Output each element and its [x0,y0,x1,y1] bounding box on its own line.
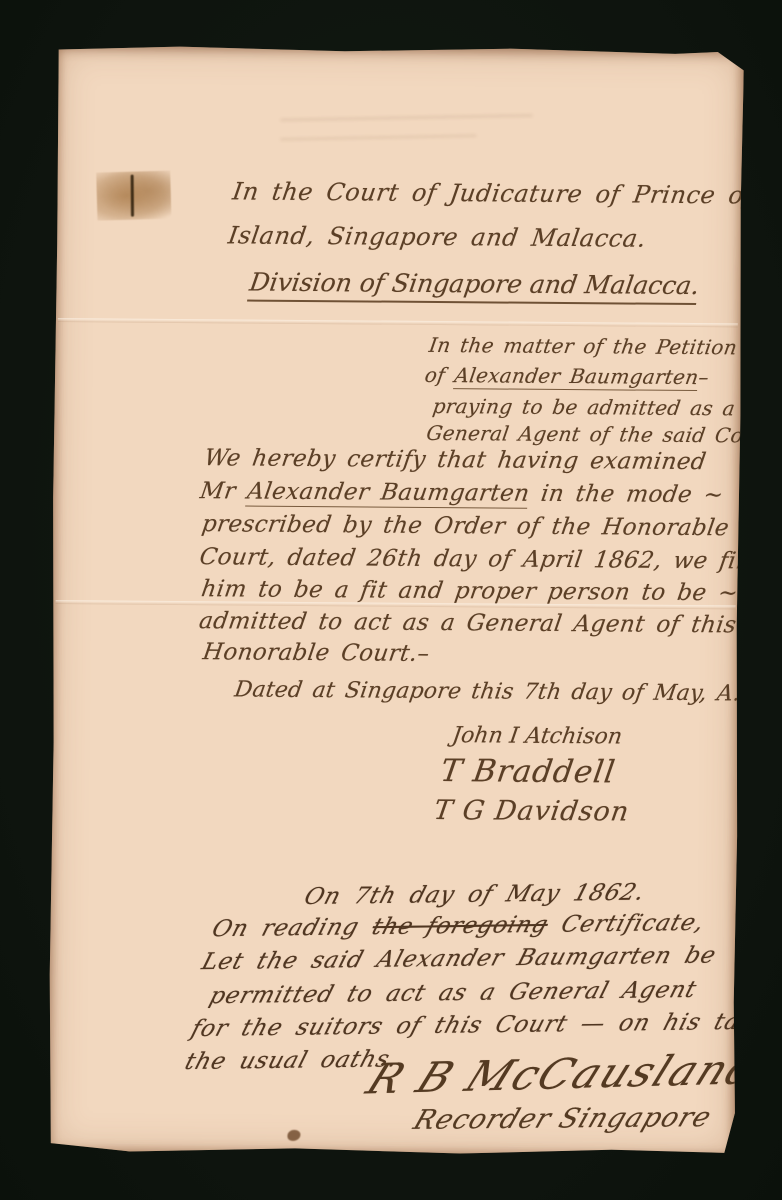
signature-davidson: T G Davidson [432,795,632,827]
certificate-line5: him to be a fit and proper person to be … [200,576,740,606]
signature-braddell: T Braddell [438,753,618,790]
petition-line2-prefix: of [423,363,456,387]
certificate-line2-suffix: in the mode ∼ [528,481,726,508]
petition-line2-suffix: – [697,365,711,389]
certificate-line4: Court, dated 26th day of April 1862, we … [198,544,768,574]
order-line2: On reading the foregoing Certificate, [209,910,708,942]
signature-title-recorder: Recorder Singapore [409,1102,716,1136]
petition-line1: In the matter of the Petition [428,333,739,359]
order-line1: On 7th day of May 1862. [301,880,648,910]
scan-background: In the Court of Judicature of Prince of … [0,0,782,1200]
certificate-line2: Mr Alexander Baumgarten in the mode ∼ [198,478,725,508]
fold-crease-upper [58,318,738,327]
division-heading: Division of Singapore and Malacca. [247,268,701,305]
dateline: Dated at Singapore this 7th day of May, … [233,677,782,707]
order-line2-suffix: Certificate, [544,910,708,938]
examinee-name-underlined: Alexander Baumgarten [245,479,531,509]
court-heading-line1: In the Court of Judicature of Prince of … [231,177,782,210]
certificate-line3: prescribed by the Order of the Honorable… [200,511,762,541]
petition-line2: of Alexander Baumgarten– [423,363,710,389]
petition-line3: praying to be admitted as a [431,394,737,420]
ink-blot-mark [287,1130,300,1141]
order-line2-prefix: On reading [209,914,377,942]
document-page: In the Court of Judicature of Prince of … [47,44,744,1157]
pen-stroke-mark [131,175,134,217]
certificate-line1: We hereby certify that having examined [203,445,708,475]
order-line3: Let the said Alexander Baumgarten be [199,943,720,976]
order-line5: for the suitors of this Court — on his t… [188,1008,782,1042]
order-line2-struck-words: the foregoing [369,912,552,940]
ink-showthrough-marks [280,104,560,152]
court-heading-line2: Island, Singapore and Malacca. [226,221,648,252]
petitioner-name-underlined: Alexander Baumgarten [453,363,701,391]
order-line6: the usual oaths. [182,1046,401,1075]
order-line4: permitted to act as a General Agent [206,977,699,1009]
certificate-line7: Honorable Court.– [201,639,431,667]
stamp-residue-mark [96,171,171,221]
signature-mccausland: R B McCausland [360,1044,768,1103]
certificate-line2-prefix: Mr [198,478,249,504]
certificate-line6: admitted to act as a General Agent of th… [197,608,769,638]
signature-atchison: John I Atchison [450,723,623,749]
petition-line4: General Agent of the said Court. [425,421,782,448]
